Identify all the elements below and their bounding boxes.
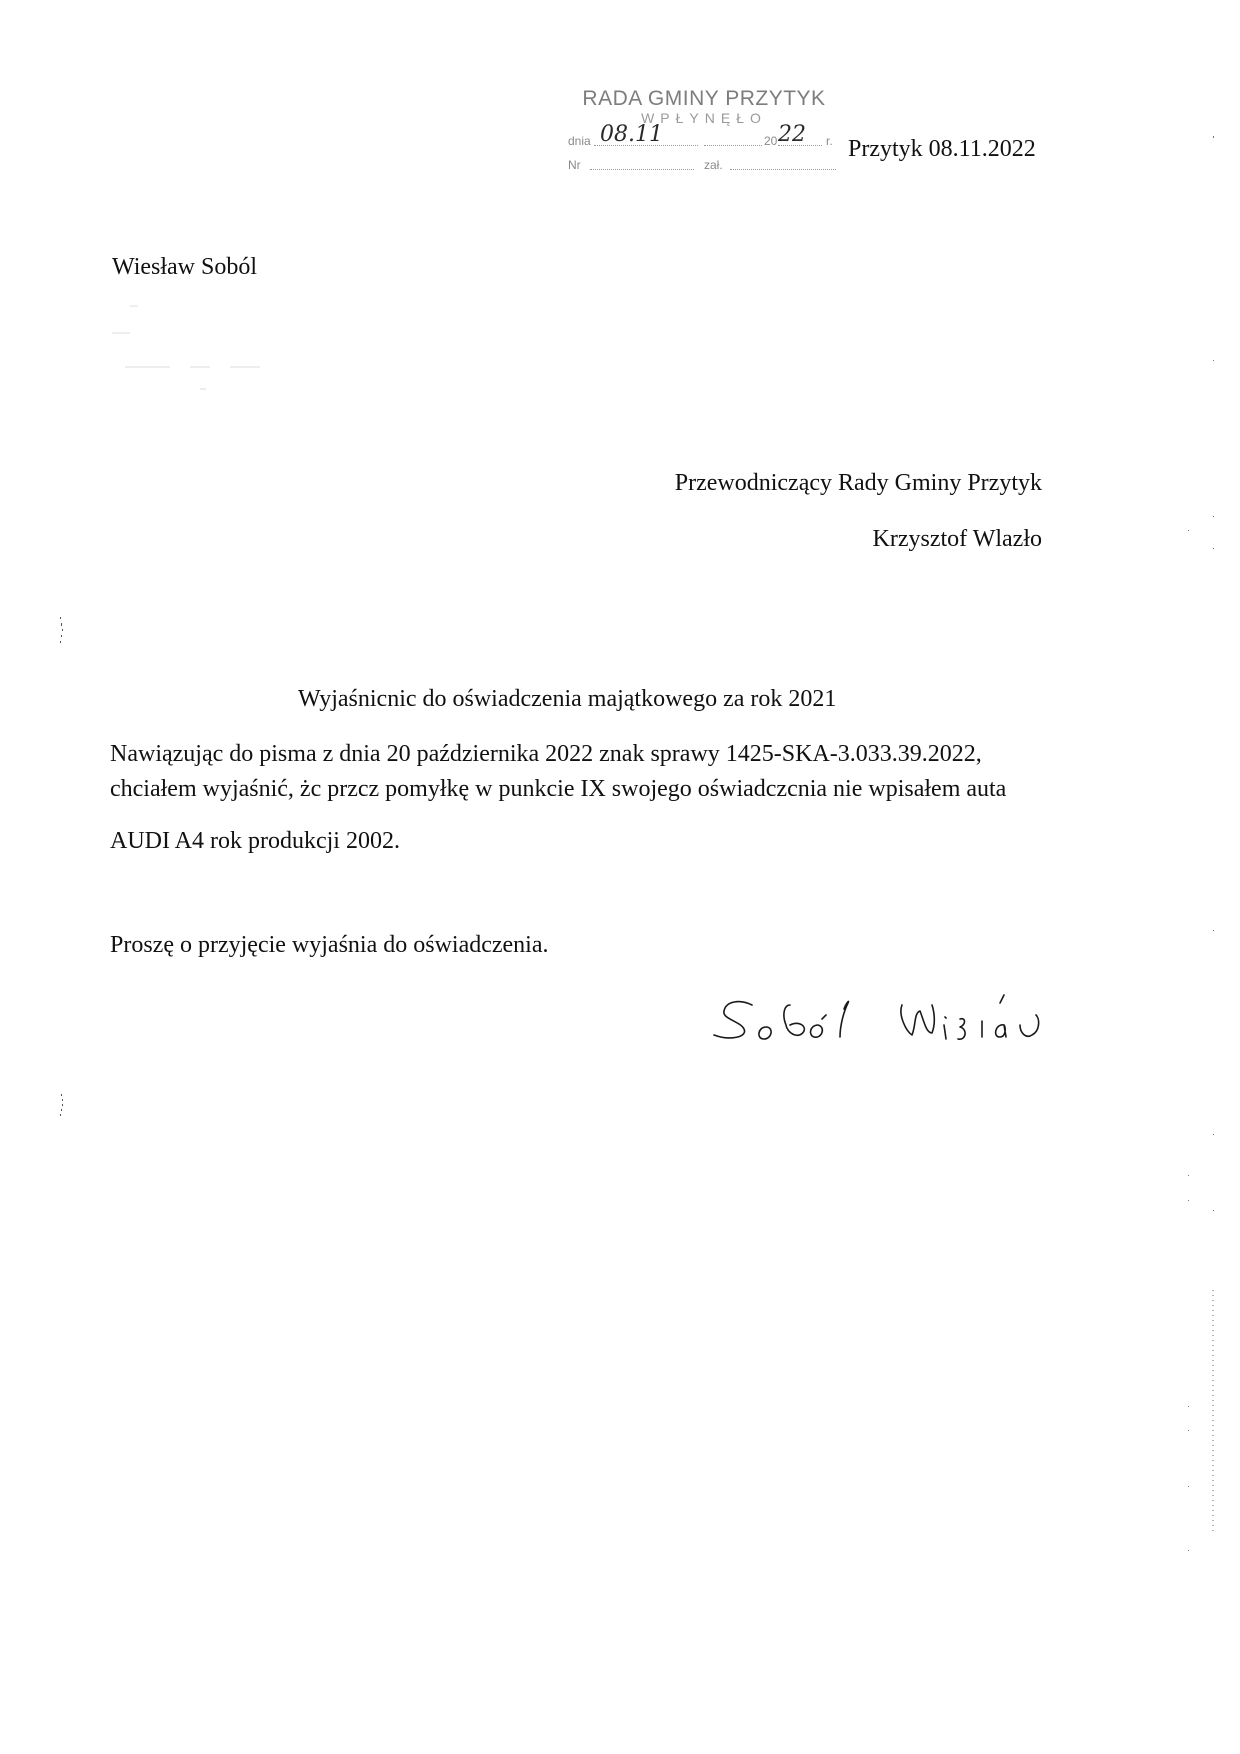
document-title: Wyjaśnicnic do oświadczenia majątkowego … xyxy=(298,686,836,713)
stamp-year-prefix: 20 xyxy=(764,134,777,148)
handwritten-signature: Soból Wiesław xyxy=(700,975,1080,1055)
stamp-year-handwritten: 22 xyxy=(778,122,806,147)
stamp-year-suffix: r. xyxy=(826,134,833,148)
stamp-number-row: Nr zał. xyxy=(568,150,840,174)
stamp-attachment-dots xyxy=(730,169,836,170)
stamp-attachment-label: zał. xyxy=(704,158,723,172)
right-edge-specks xyxy=(1184,130,1224,1560)
stamp-number-dots xyxy=(590,169,694,170)
stamp-title: RADA GMINY PRZYTYK xyxy=(568,88,840,110)
body-line: AUDI A4 rok produkcji 2002. xyxy=(110,828,400,855)
stamp-month-dots xyxy=(704,145,762,146)
sender-name: Wiesław Soból xyxy=(112,254,257,281)
stamp-date-label: dnia xyxy=(568,134,591,148)
left-margin-mark xyxy=(52,615,68,651)
left-margin-mark xyxy=(52,1092,68,1122)
closing-request: Proszę o przyjęcie wyjaśnia do oświadcze… xyxy=(110,932,549,959)
stamp-number-label: Nr xyxy=(568,158,581,172)
recipient-name: Krzysztof Wlazło xyxy=(873,526,1043,553)
stamp-date-handwritten: 08.11 xyxy=(600,122,663,147)
place-and-date: Przytyk 08.11.2022 xyxy=(848,136,1036,163)
stamp-date-row: dnia 08.11 20 22 r. xyxy=(568,126,840,150)
body-line: Nawiązując do pisma z dnia 20 październi… xyxy=(110,741,982,768)
body-line: chciałem wyjaśnić, żc przcz pomyłkę w pu… xyxy=(110,776,1006,803)
registration-stamp: RADA GMINY PRZYTYK WPŁYNĘŁO dnia 08.11 2… xyxy=(568,88,840,174)
recipient-title: Przewodniczący Rady Gminy Przytyk xyxy=(675,470,1042,497)
stamp-year-dots xyxy=(778,145,822,146)
